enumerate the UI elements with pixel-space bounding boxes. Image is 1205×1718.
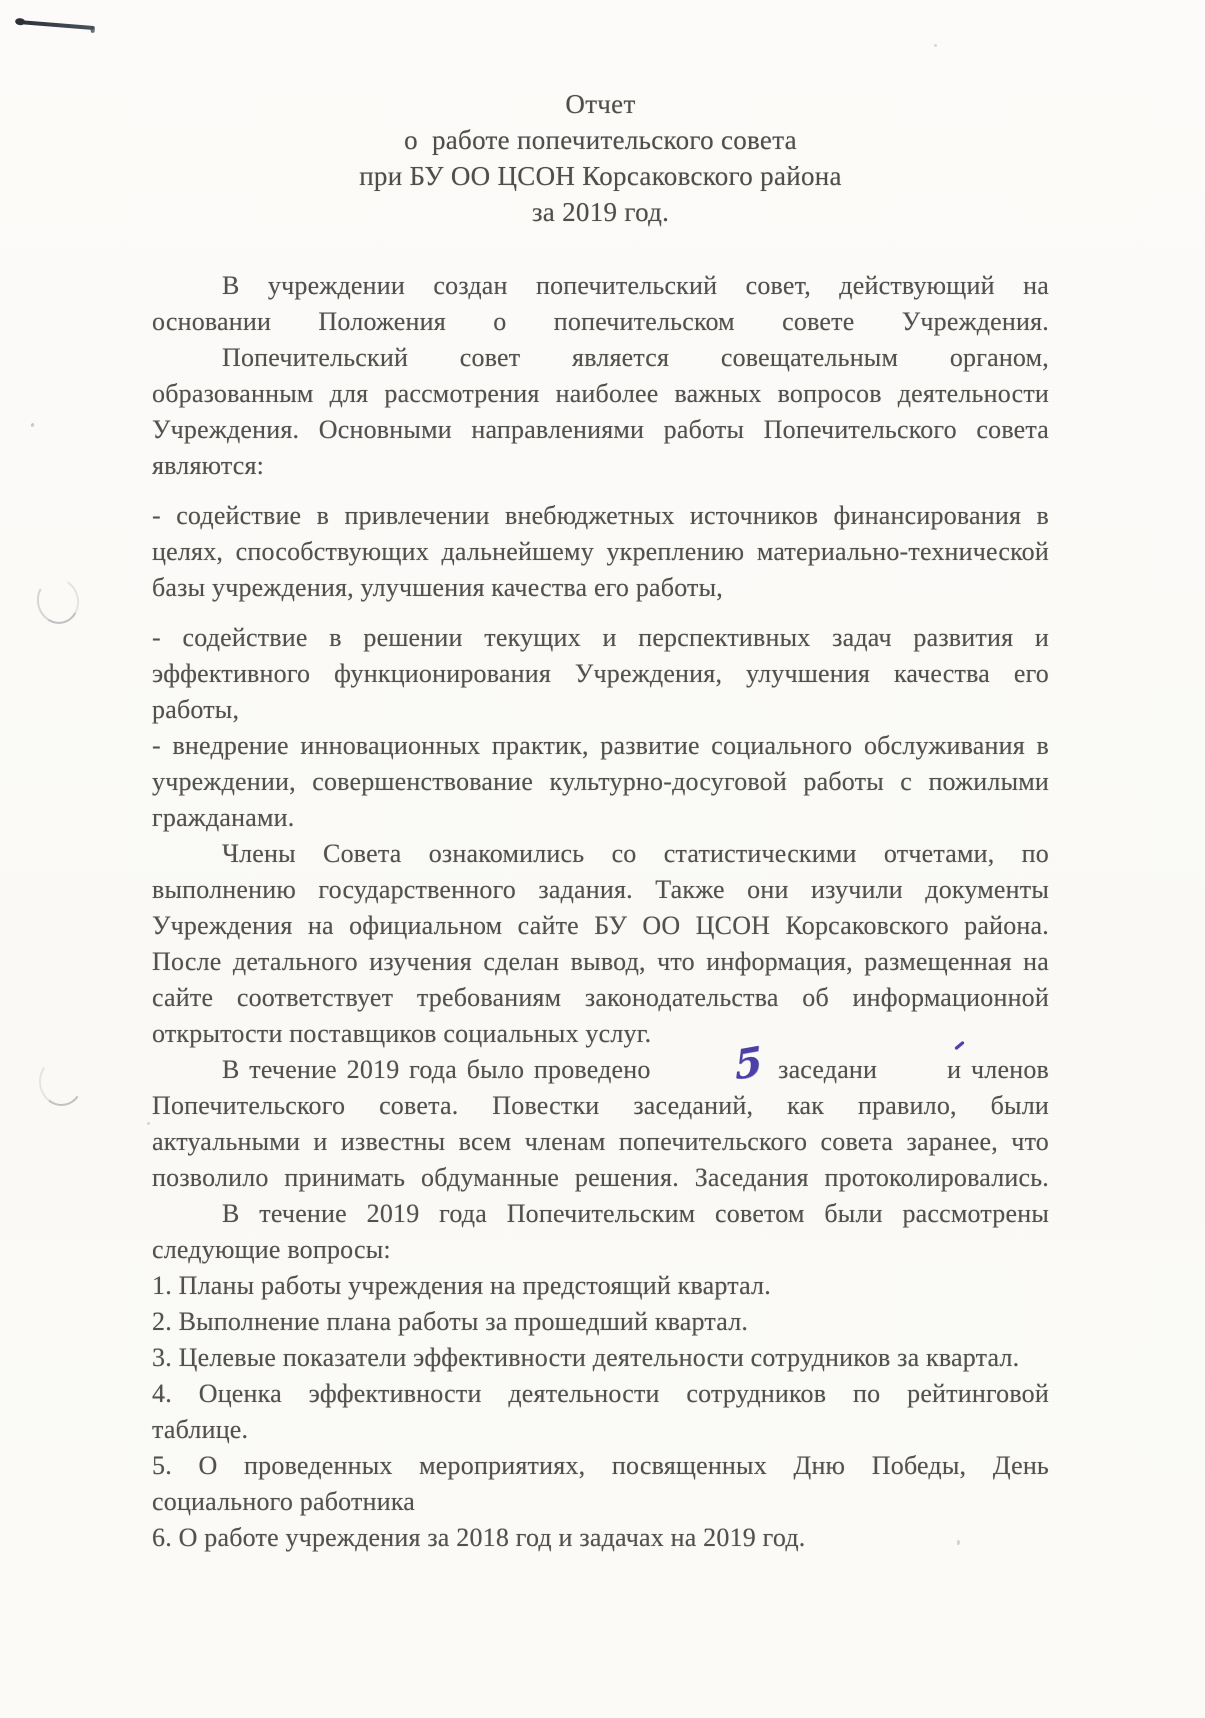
- document-title-line: о работе попечительского совета: [152, 122, 1049, 158]
- handwritten-number-5: 5: [665, 1048, 763, 1091]
- scan-speck: [147, 1122, 150, 1125]
- text-line: социального работника: [152, 1484, 1049, 1520]
- scan-speck: [934, 44, 937, 47]
- text-line: 3. Целевые показатели эффективности деят…: [152, 1340, 1049, 1376]
- text-line: В учреждении создан попечительский совет…: [152, 268, 1049, 304]
- text-line: таблице.: [152, 1412, 1049, 1448]
- document-title: Отчето работе попечительского советапри …: [152, 86, 1049, 230]
- text-line: основании Положения о попечительском сов…: [152, 304, 1049, 340]
- text-line: 6. О работе учреждения за 2018 год и зад…: [152, 1520, 1049, 1556]
- text-line: следующие вопросы:: [152, 1232, 1049, 1268]
- text-line: Попечительский совет является совещатель…: [152, 340, 1049, 376]
- document-text-block: Отчето работе попечительского советапри …: [152, 86, 1049, 1556]
- text-line: Учреждения. Основными направлениями рабо…: [152, 412, 1049, 448]
- text-line: работы,: [152, 692, 1049, 728]
- text-line: 4. Оценка эффективности деятельности сот…: [152, 1376, 1049, 1412]
- text-line: являются:: [152, 448, 1049, 484]
- text-line: образованным для рассмотрения наиболее в…: [152, 376, 1049, 412]
- text-line: эффективного функционирования Учреждения…: [152, 656, 1049, 692]
- text-line: - содействие в привлечении внебюджетных …: [152, 498, 1049, 534]
- printed-text: В течение 2019 года было проведено: [222, 1055, 660, 1084]
- document-title-line: при БУ ОО ЦСОН Корсаковского района: [152, 158, 1049, 194]
- printed-text: членов: [961, 1055, 1049, 1084]
- text-line: открытости поставщиков социальных услуг.: [152, 1016, 1049, 1052]
- text-line: учреждении, совершенствование культурно-…: [152, 764, 1049, 800]
- text-line: Учреждения на официальном сайте БУ ОО ЦС…: [152, 908, 1049, 944]
- text-line: Члены Совета ознакомились со статистичес…: [152, 836, 1049, 872]
- text-line: 1. Планы работы учреждения на предстоящи…: [152, 1268, 1049, 1304]
- hole-punch-shadow-bottom: [36, 1055, 86, 1109]
- printed-text: заседани: [768, 1055, 877, 1084]
- scan-speck: [30, 423, 35, 428]
- text-line: - содействие в решении текущих и перспек…: [152, 620, 1049, 656]
- text-line: позволило принимать обдуманные решения. …: [152, 1160, 1049, 1196]
- text-line: После детального изучения сделан вывод, …: [152, 944, 1049, 980]
- text-line: сайте соответствует требованиям законода…: [152, 980, 1049, 1016]
- text-line: выполнению государственного задания. Так…: [152, 872, 1049, 908]
- text-line: Попечительского совета. Повестки заседан…: [152, 1088, 1049, 1124]
- text-line: 2. Выполнение плана работы за прошедший …: [152, 1304, 1049, 1340]
- text-line: - внедрение инновационных практик, разви…: [152, 728, 1049, 764]
- document-title-line: за 2019 год.: [152, 194, 1049, 230]
- document-body: В учреждении создан попечительский совет…: [152, 268, 1049, 1556]
- text-line: целях, способствующих дальнейшему укрепл…: [152, 534, 1049, 570]
- document-title-line: Отчет: [152, 86, 1049, 122]
- text-line: В течение 2019 года было проведено 5 зас…: [152, 1052, 1049, 1088]
- hole-punch-shadow-top: [32, 574, 84, 629]
- text-line: базы учреждения, улучшения качества его …: [152, 570, 1049, 606]
- text-line: актуальными и известны всем членам попеч…: [152, 1124, 1049, 1160]
- handwritten-accent-letter: и: [877, 1052, 961, 1088]
- text-line: гражданами.: [152, 800, 1049, 836]
- text-line: В течение 2019 года Попечительским совет…: [152, 1196, 1049, 1232]
- scanned-document-page: Отчето работе попечительского советапри …: [0, 0, 1205, 1718]
- staple-mark: [18, 20, 94, 30]
- text-line: 5. О проведенных мероприятиях, посвященн…: [152, 1448, 1049, 1484]
